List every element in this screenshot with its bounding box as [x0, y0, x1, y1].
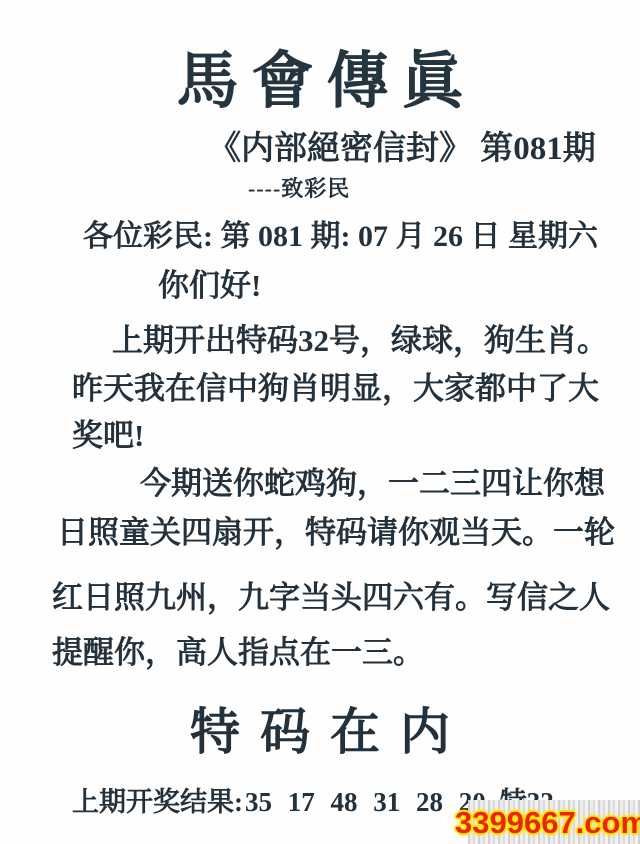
slogan-special-code-inside: 特码在内 — [0, 704, 640, 760]
fax-title: 馬會傳眞 — [0, 48, 640, 117]
result-label: 上期开奖结果: — [72, 787, 243, 817]
paragraph2-line2: 日照童关四扇开，特码请你观当天。一轮 — [57, 516, 615, 551]
paragraph2-line3: 红日照九州，九字当头四六有。写信之人 — [52, 581, 610, 616]
greeting-line: 你们好! — [158, 269, 261, 304]
issue-line: 《内部絕密信封》 第081期 — [208, 131, 596, 168]
paragraph1-line2: 昨天我在信中狗肖明显，大家都中了大 — [72, 372, 599, 407]
paragraph1-line3: 奖吧! — [72, 419, 144, 454]
dedication-line: ----致彩民 — [248, 177, 350, 202]
watermark-site-text: 3399667.com — [455, 804, 640, 842]
result-numbers: 35 17 48 31 28 20 — [245, 787, 486, 817]
paragraph1-line1: 上期开出特码32号，绿球，狗生肖。 — [112, 324, 608, 359]
salutation-line: 各位彩民: 第 081 期: 07 月 26 日 星期六 — [83, 220, 598, 254]
paragraph2-line1: 今期送你蛇鸡狗，一二三四让你想 — [140, 467, 605, 502]
fax-document: 馬會傳眞 《内部絕密信封》 第081期 ----致彩民 各位彩民: 第 081 … — [0, 0, 640, 844]
paragraph2-line4: 提醒你，高人指点在一三。 — [52, 636, 424, 671]
